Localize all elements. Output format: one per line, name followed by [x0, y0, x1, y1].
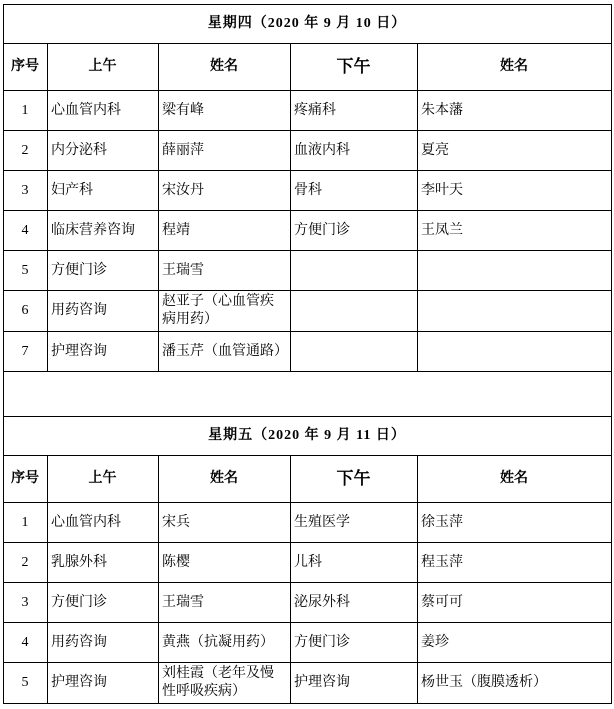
table-row: 6用药咨询赵亚子（心血管疾病用药） — [4, 291, 612, 332]
section-title-row: 星期五（2020 年 9 月 11 日） — [4, 417, 612, 456]
row-number-cell: 3 — [4, 583, 48, 623]
table-row: 1心血管内科宋兵生殖医学徐玉萍 — [4, 503, 612, 543]
afternoon-dept-cell — [291, 291, 418, 332]
column-header-name-2: 姓名 — [418, 456, 612, 503]
section-title: 星期四（2020 年 9 月 10 日） — [4, 5, 612, 44]
morning-name-cell: 王瑞雪 — [159, 583, 291, 623]
afternoon-dept-cell: 泌尿外科 — [291, 583, 418, 623]
morning-name-cell: 赵亚子（心血管疾病用药） — [159, 291, 291, 332]
afternoon-dept-cell: 生殖医学 — [291, 503, 418, 543]
morning-dept-cell: 心血管内科 — [48, 503, 159, 543]
afternoon-dept-cell: 疼痛科 — [291, 91, 418, 131]
afternoon-name-cell: 蔡可可 — [418, 583, 612, 623]
row-number-cell: 6 — [4, 291, 48, 332]
afternoon-name-cell: 杨世玉（腹膜透析） — [418, 663, 612, 704]
morning-name-cell: 黄燕（抗凝用药） — [159, 623, 291, 663]
row-number-cell: 5 — [4, 663, 48, 704]
afternoon-name-cell: 姜珍 — [418, 623, 612, 663]
afternoon-name-cell: 徐玉萍 — [418, 503, 612, 543]
afternoon-name-cell: 王凤兰 — [418, 211, 612, 251]
morning-dept-cell: 护理咨询 — [48, 332, 159, 372]
morning-name-cell: 宋兵 — [159, 503, 291, 543]
table-row: 5方便门诊王瑞雪 — [4, 251, 612, 291]
afternoon-dept-cell: 护理咨询 — [291, 663, 418, 704]
table-row: 2乳腺外科陈樱儿科程玉萍 — [4, 543, 612, 583]
row-number-cell: 2 — [4, 543, 48, 583]
morning-dept-cell: 方便门诊 — [48, 583, 159, 623]
row-number-cell: 7 — [4, 332, 48, 372]
column-header-name-1: 姓名 — [159, 44, 291, 91]
morning-dept-cell: 心血管内科 — [48, 91, 159, 131]
column-header-morning: 上午 — [48, 44, 159, 91]
afternoon-dept-cell: 儿科 — [291, 543, 418, 583]
afternoon-dept-cell: 骨科 — [291, 171, 418, 211]
morning-dept-cell: 乳腺外科 — [48, 543, 159, 583]
afternoon-dept-cell — [291, 332, 418, 372]
morning-dept-cell: 用药咨询 — [48, 623, 159, 663]
table-row: 3妇产科宋汝丹骨科李叶天 — [4, 171, 612, 211]
row-number-cell: 4 — [4, 623, 48, 663]
table-row: 2内分泌科薛丽萍血液内科夏亮 — [4, 131, 612, 171]
morning-name-cell: 陈樱 — [159, 543, 291, 583]
afternoon-dept-cell: 方便门诊 — [291, 211, 418, 251]
afternoon-dept-cell — [291, 251, 418, 291]
morning-name-cell: 程靖 — [159, 211, 291, 251]
afternoon-dept-cell: 血液内科 — [291, 131, 418, 171]
afternoon-name-cell — [418, 291, 612, 332]
afternoon-name-cell: 程玉萍 — [418, 543, 612, 583]
afternoon-name-cell: 夏亮 — [418, 131, 612, 171]
column-header-name-2: 姓名 — [418, 44, 612, 91]
afternoon-name-cell: 李叶天 — [418, 171, 612, 211]
empty-separator-row — [4, 372, 612, 417]
morning-name-cell: 薛丽萍 — [159, 131, 291, 171]
table-row: 5护理咨询刘桂霞（老年及慢性呼吸疾病）护理咨询杨世玉（腹膜透析） — [4, 663, 612, 704]
morning-dept-cell: 护理咨询 — [48, 663, 159, 704]
afternoon-name-cell — [418, 251, 612, 291]
clinic-schedule-table: 星期四（2020 年 9 月 10 日）序号上午姓名下午姓名1心血管内科梁有峰疼… — [3, 4, 612, 704]
column-header-morning: 上午 — [48, 456, 159, 503]
section-title-row: 星期四（2020 年 9 月 10 日） — [4, 5, 612, 44]
column-header-index: 序号 — [4, 456, 48, 503]
afternoon-name-cell — [418, 332, 612, 372]
morning-dept-cell: 临床营养咨询 — [48, 211, 159, 251]
morning-name-cell: 宋汝丹 — [159, 171, 291, 211]
row-number-cell: 5 — [4, 251, 48, 291]
column-header-name-1: 姓名 — [159, 456, 291, 503]
table-row: 1心血管内科梁有峰疼痛科朱本藩 — [4, 91, 612, 131]
row-number-cell: 1 — [4, 91, 48, 131]
column-header-row: 序号上午姓名下午姓名 — [4, 456, 612, 503]
schedule-document: 星期四（2020 年 9 月 10 日）序号上午姓名下午姓名1心血管内科梁有峰疼… — [0, 0, 614, 704]
morning-dept-cell: 用药咨询 — [48, 291, 159, 332]
morning-name-cell: 刘桂霞（老年及慢性呼吸疾病） — [159, 663, 291, 704]
row-number-cell: 4 — [4, 211, 48, 251]
column-header-afternoon: 下午 — [291, 44, 418, 91]
row-number-cell: 3 — [4, 171, 48, 211]
morning-name-cell: 潘玉芹（血管通路） — [159, 332, 291, 372]
column-header-afternoon: 下午 — [291, 456, 418, 503]
afternoon-dept-cell: 方便门诊 — [291, 623, 418, 663]
empty-separator-cell — [4, 372, 612, 417]
morning-dept-cell: 内分泌科 — [48, 131, 159, 171]
row-number-cell: 1 — [4, 503, 48, 543]
morning-dept-cell: 方便门诊 — [48, 251, 159, 291]
column-header-row: 序号上午姓名下午姓名 — [4, 44, 612, 91]
section-title: 星期五（2020 年 9 月 11 日） — [4, 417, 612, 456]
table-row: 7护理咨询潘玉芹（血管通路） — [4, 332, 612, 372]
table-row: 4用药咨询黄燕（抗凝用药）方便门诊姜珍 — [4, 623, 612, 663]
afternoon-name-cell: 朱本藩 — [418, 91, 612, 131]
column-header-index: 序号 — [4, 44, 48, 91]
row-number-cell: 2 — [4, 131, 48, 171]
morning-name-cell: 梁有峰 — [159, 91, 291, 131]
table-row: 3方便门诊王瑞雪泌尿外科蔡可可 — [4, 583, 612, 623]
table-row: 4临床营养咨询程靖方便门诊王凤兰 — [4, 211, 612, 251]
clinic-schedule-table-body: 星期四（2020 年 9 月 10 日）序号上午姓名下午姓名1心血管内科梁有峰疼… — [4, 5, 612, 704]
morning-dept-cell: 妇产科 — [48, 171, 159, 211]
morning-name-cell: 王瑞雪 — [159, 251, 291, 291]
